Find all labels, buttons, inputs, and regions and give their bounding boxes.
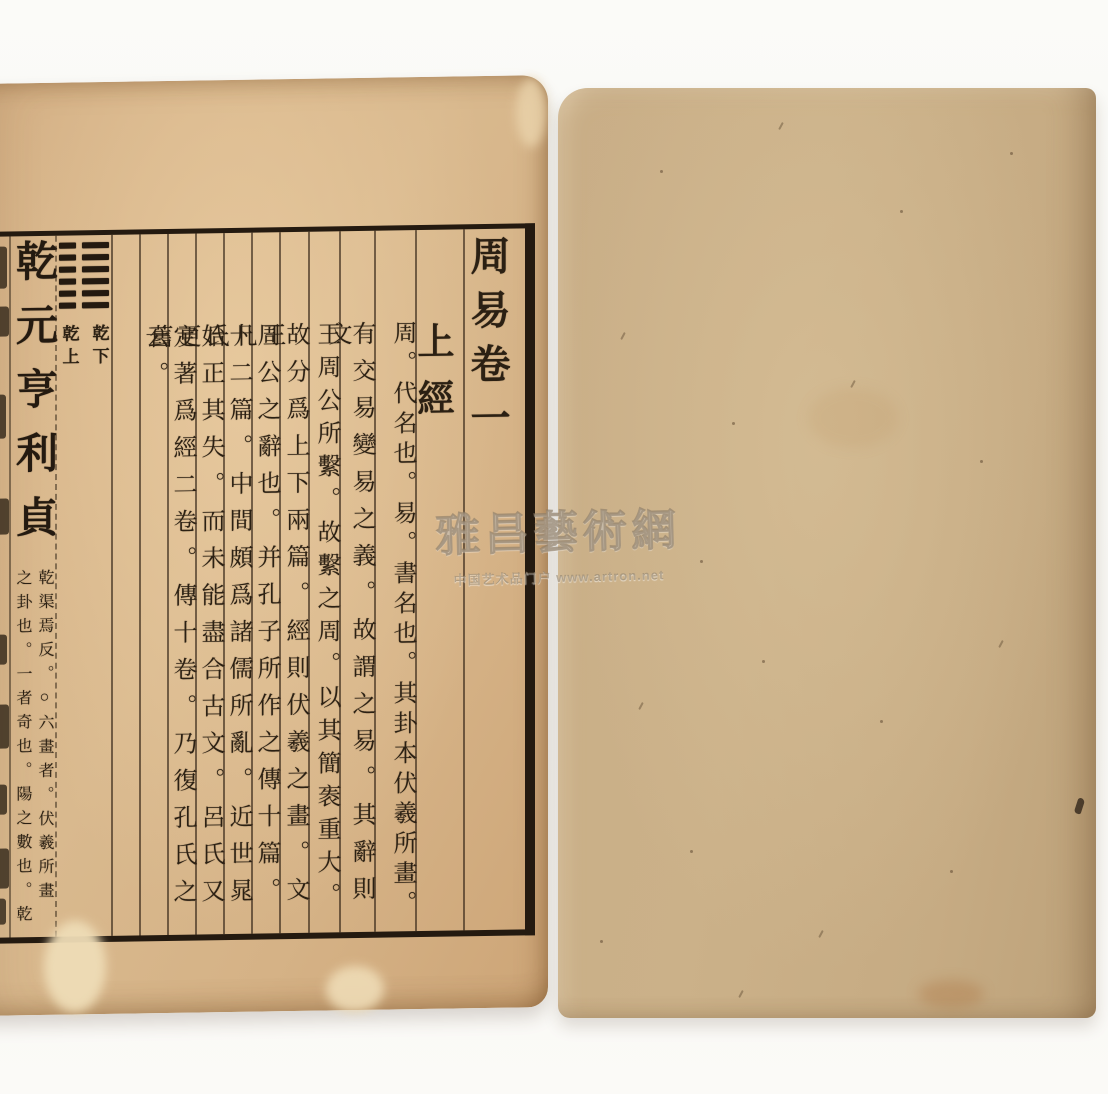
cut-off-character-fragment: [0, 899, 6, 925]
paper-speck: [738, 990, 744, 998]
cut-off-character-fragment: [0, 705, 9, 749]
trigram-label-lower: 乾下: [87, 324, 112, 370]
brown-stain: [918, 980, 984, 1008]
trigram-labels: 乾上 乾下: [57, 324, 112, 371]
volume-title-column: 周易卷一: [463, 228, 525, 930]
commentary-column-2: 有交易變易之義。故謂之易。其辭則文: [339, 231, 374, 933]
paper-speck: [880, 720, 883, 723]
qian-scripture-column: 乾元亨利貞 之卦也。一者奇也。陽之數也。乾 乾渠焉反。○六畫者。伏羲所畫: [9, 236, 55, 938]
water-stain: [326, 966, 384, 1013]
paper-speck: [660, 170, 663, 173]
faint-stain: [808, 388, 898, 448]
paper-speck: [732, 422, 735, 425]
woodblock-text-frame: 周易卷一 上經 周。代名也。易。書名也。其卦本伏羲所畫。 有交易變易之義。故謂之…: [0, 223, 535, 944]
paper-speck: [818, 930, 824, 938]
commentary-column-4: 故分爲上下兩篇。經則伏羲之畫。文王: [279, 232, 308, 933]
paper-speck: [778, 122, 784, 130]
book-photo: 周易卷一 上經 周。代名也。易。書名也。其卦本伏羲所畫。 有交易變易之義。故謂之…: [0, 0, 1108, 1094]
qian-hexagram-text: 乾元亨利貞: [3, 236, 63, 560]
section-heading-column: 上經: [415, 229, 463, 931]
cut-off-character-fragment: [0, 785, 7, 815]
cut-off-column: [0, 237, 9, 939]
paper-speck: [690, 850, 693, 853]
annotation-left-subcolumn: 之卦也。一者奇也。陽之數也。乾: [14, 569, 30, 929]
annotation-right-subcolumn: 乾渠焉反。○六畫者。伏羲所畫: [36, 569, 52, 929]
left-printed-page: 周易卷一 上經 周。代名也。易。書名也。其卦本伏羲所畫。 有交易變易之義。故謂之…: [0, 75, 548, 1016]
paper-speck: [600, 940, 603, 943]
cut-off-character-fragment: [0, 395, 6, 439]
paper-speck: [850, 380, 856, 388]
hexagram-qian-symbol: [59, 242, 109, 309]
paper-speck: [900, 210, 903, 213]
right-blank-page: [558, 88, 1096, 1018]
paper-speck: [762, 660, 765, 663]
cut-off-character-fragment: [0, 635, 7, 665]
hexagram-upper-trigram-stack: [59, 242, 76, 308]
paper-speck: [700, 560, 703, 563]
empty-column: [111, 234, 139, 935]
paper-speck: [1010, 152, 1013, 155]
dark-fiber-speck: [1074, 797, 1086, 814]
cut-off-character-fragment: [0, 849, 9, 889]
paper-speck: [980, 460, 983, 463]
paper-speck: [998, 640, 1004, 648]
paper-speck: [950, 870, 953, 873]
small-annotation-columns: 之卦也。一者奇也。陽之數也。乾 乾渠焉反。○六畫者。伏羲所畫: [14, 569, 52, 930]
hexagram-column: 乾上 乾下: [55, 235, 111, 937]
cut-off-character-fragment: [0, 307, 9, 337]
paper-speck: [638, 702, 644, 710]
hexagram-lower-trigram-stack: [82, 242, 109, 308]
water-stain: [516, 77, 546, 147]
paper-speck: [620, 332, 626, 340]
cut-off-character-fragment: [0, 499, 9, 535]
water-stain: [44, 920, 106, 1013]
trigram-label-upper: 乾上: [57, 324, 82, 370]
cut-off-character-fragment: [0, 247, 7, 289]
